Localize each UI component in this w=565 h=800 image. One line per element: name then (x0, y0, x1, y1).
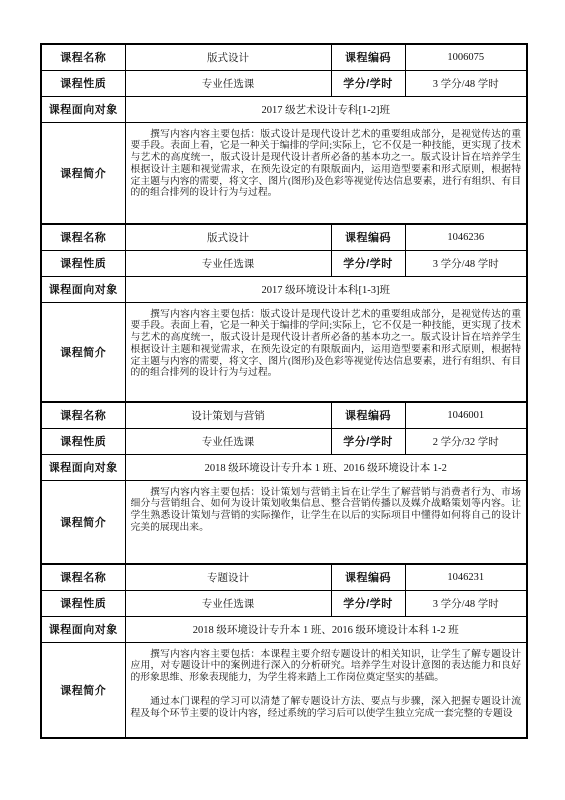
intro-paragraph: 撰写内容内容主要包括：版式设计是现代设计艺术的重要组成部分，是视觉传达的重要手段… (131, 129, 522, 200)
course-name-label: 课程名称 (41, 564, 125, 590)
course-nature-value: 专业任选课 (125, 70, 331, 96)
course-code-value: 1046001 (405, 402, 527, 428)
course-name-label: 课程名称 (41, 44, 125, 70)
table-row: 课程名称 版式设计 课程编码 1006075 (41, 44, 527, 70)
course-nature-value: 专业任选课 (125, 590, 331, 616)
course-name-value: 版式设计 (125, 224, 331, 250)
table-row: 课程简介 撰写内容内容主要包括：设计策划与营销主旨在让学生了解营销与消费者行为、… (41, 480, 527, 564)
course-name-label: 课程名称 (41, 402, 125, 428)
table-row: 课程性质 专业任选课 学分/学时 2 学分/32 学时 (41, 428, 527, 454)
course-info-table: 课程名称 版式设计 课程编码 1006075 课程性质 专业任选课 学分/学时 … (40, 43, 528, 739)
table-row: 课程面向对象 2017 级环境设计本科[1-3]班 (41, 276, 527, 302)
audience-label: 课程面向对象 (41, 616, 125, 642)
intro-paragraph: 撰写内容内容主要包括：本课程主要介绍专题设计的相关知识，让学生了解专题设计应用，… (131, 649, 522, 684)
credits-hours-value: 3 学分/48 学时 (405, 250, 527, 276)
intro-cell: 撰写内容内容主要包括：本课程主要介绍专题设计的相关知识，让学生了解专题设计应用，… (125, 642, 527, 738)
audience-label: 课程面向对象 (41, 454, 125, 480)
table-row: 课程名称 版式设计 课程编码 1046236 (41, 224, 527, 250)
audience-label: 课程面向对象 (41, 276, 125, 302)
table-row: 课程性质 专业任选课 学分/学时 3 学分/48 学时 (41, 590, 527, 616)
intro-label: 课程简介 (41, 122, 125, 224)
audience-label: 课程面向对象 (41, 96, 125, 122)
course-code-value: 1046231 (405, 564, 527, 590)
audience-value: 2018 级环境设计专升本 1 班、2016 级环境设计本 1-2 (125, 454, 527, 480)
audience-value: 2017 级环境设计本科[1-3]班 (125, 276, 527, 302)
table-row: 课程简介 撰写内容内容主要包括：本课程主要介绍专题设计的相关知识，让学生了解专题… (41, 642, 527, 738)
course-code-label: 课程编码 (331, 224, 405, 250)
table-row: 课程性质 专业任选课 学分/学时 3 学分/48 学时 (41, 70, 527, 96)
table-row: 课程性质 专业任选课 学分/学时 3 学分/48 学时 (41, 250, 527, 276)
credits-hours-value: 3 学分/48 学时 (405, 590, 527, 616)
intro-cell: 撰写内容内容主要包括：版式设计是现代设计艺术的重要组成部分，是视觉传达的重要手段… (125, 302, 527, 402)
course-name-value: 设计策划与营销 (125, 402, 331, 428)
credits-hours-label: 学分/学时 (331, 428, 405, 454)
credits-hours-value: 2 学分/32 学时 (405, 428, 527, 454)
intro-paragraph: 撰写内容内容主要包括：设计策划与营销主旨在让学生了解营销与消费者行为、市场细分与… (131, 487, 522, 534)
audience-value: 2018 级环境设计专升本 1 班、2016 级环境设计本科 1-2 班 (125, 616, 527, 642)
course-nature-label: 课程性质 (41, 590, 125, 616)
course-nature-label: 课程性质 (41, 250, 125, 276)
course-nature-value: 专业任选课 (125, 250, 331, 276)
course-name-value: 专题设计 (125, 564, 331, 590)
table-row: 课程面向对象 2018 级环境设计专升本 1 班、2016 级环境设计本 1-2 (41, 454, 527, 480)
intro-paragraph: 撰写内容内容主要包括：版式设计是现代设计艺术的重要组成部分，是视觉传达的重要手段… (131, 309, 522, 380)
course-nature-label: 课程性质 (41, 70, 125, 96)
intro-label: 课程简介 (41, 302, 125, 402)
course-code-label: 课程编码 (331, 402, 405, 428)
table-row: 课程简介 撰写内容内容主要包括：版式设计是现代设计艺术的重要组成部分，是视觉传达… (41, 302, 527, 402)
credits-hours-label: 学分/学时 (331, 590, 405, 616)
table-row: 课程简介 撰写内容内容主要包括：版式设计是现代设计艺术的重要组成部分，是视觉传达… (41, 122, 527, 224)
intro-label: 课程简介 (41, 642, 125, 738)
table-row: 课程名称 专题设计 课程编码 1046231 (41, 564, 527, 590)
credits-hours-label: 学分/学时 (331, 70, 405, 96)
intro-cell: 撰写内容内容主要包括：设计策划与营销主旨在让学生了解营销与消费者行为、市场细分与… (125, 480, 527, 564)
course-code-value: 1046236 (405, 224, 527, 250)
credits-hours-label: 学分/学时 (331, 250, 405, 276)
course-code-value: 1006075 (405, 44, 527, 70)
table-row: 课程名称 设计策划与营销 课程编码 1046001 (41, 402, 527, 428)
course-name-value: 版式设计 (125, 44, 331, 70)
table-row: 课程面向对象 2017 级艺术设计专科[1-2]班 (41, 96, 527, 122)
course-nature-value: 专业任选课 (125, 428, 331, 454)
course-code-label: 课程编码 (331, 44, 405, 70)
intro-cell: 撰写内容内容主要包括：版式设计是现代设计艺术的重要组成部分，是视觉传达的重要手段… (125, 122, 527, 224)
credits-hours-value: 3 学分/48 学时 (405, 70, 527, 96)
course-name-label: 课程名称 (41, 224, 125, 250)
audience-value: 2017 级艺术设计专科[1-2]班 (125, 96, 527, 122)
intro-paragraph: 通过本门课程的学习可以清楚了解专题设计方法、要点与步骤，深入把握专题设计流程及每… (131, 696, 522, 720)
table-row: 课程面向对象 2018 级环境设计专升本 1 班、2016 级环境设计本科 1-… (41, 616, 527, 642)
document-page: 课程名称 版式设计 课程编码 1006075 课程性质 专业任选课 学分/学时 … (0, 0, 565, 800)
course-nature-label: 课程性质 (41, 428, 125, 454)
intro-label: 课程简介 (41, 480, 125, 564)
course-code-label: 课程编码 (331, 564, 405, 590)
